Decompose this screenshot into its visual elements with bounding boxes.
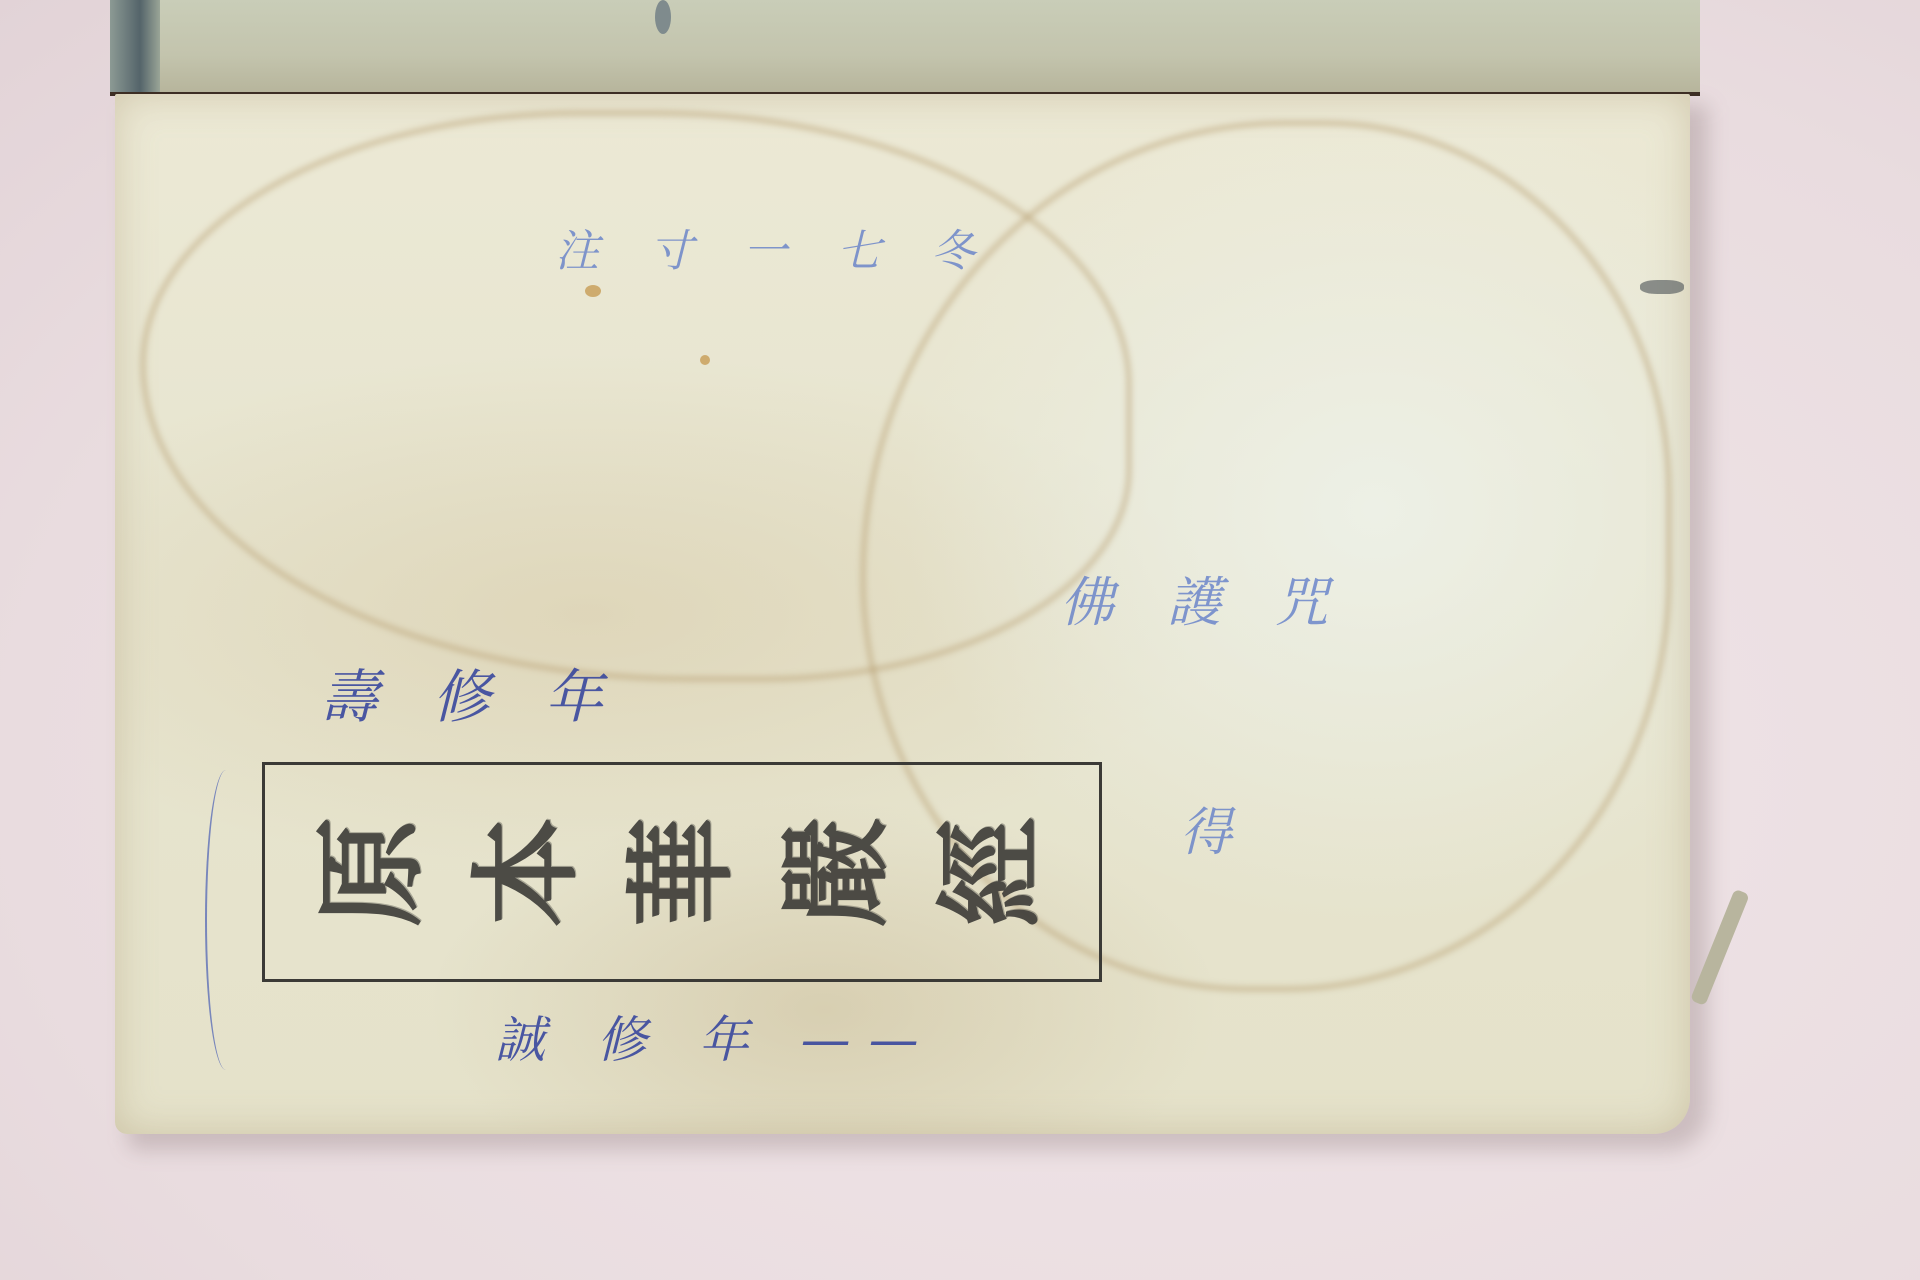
title-char-1: 原 (317, 817, 427, 927)
title-char-4: 嚴 (782, 817, 892, 927)
handwriting-top-row: 注 寸 一 七 冬 (555, 215, 993, 279)
rust-spot (585, 285, 601, 297)
handwriting-below-title: 誠 修 年 —— (495, 1000, 937, 1072)
handwriting-above-title: 壽 修 年 (320, 650, 621, 734)
title-char-5: 經 (937, 817, 1047, 927)
handwriting-right-middle: 佛 護 咒 (1060, 560, 1346, 637)
title-char-2: 本 (472, 817, 582, 927)
rust-spot (700, 355, 710, 365)
spine-fold (110, 0, 160, 92)
back-cover-spine-strip (110, 0, 1700, 96)
title-char-3: 華 (627, 817, 737, 927)
handwriting-right-lower: 得 (1180, 790, 1250, 865)
margin-pen-stroke (205, 770, 247, 1070)
pencil-mark (1640, 280, 1684, 294)
ink-spot (655, 0, 671, 34)
title-label-box: 原 本 華 嚴 經 (262, 762, 1102, 982)
